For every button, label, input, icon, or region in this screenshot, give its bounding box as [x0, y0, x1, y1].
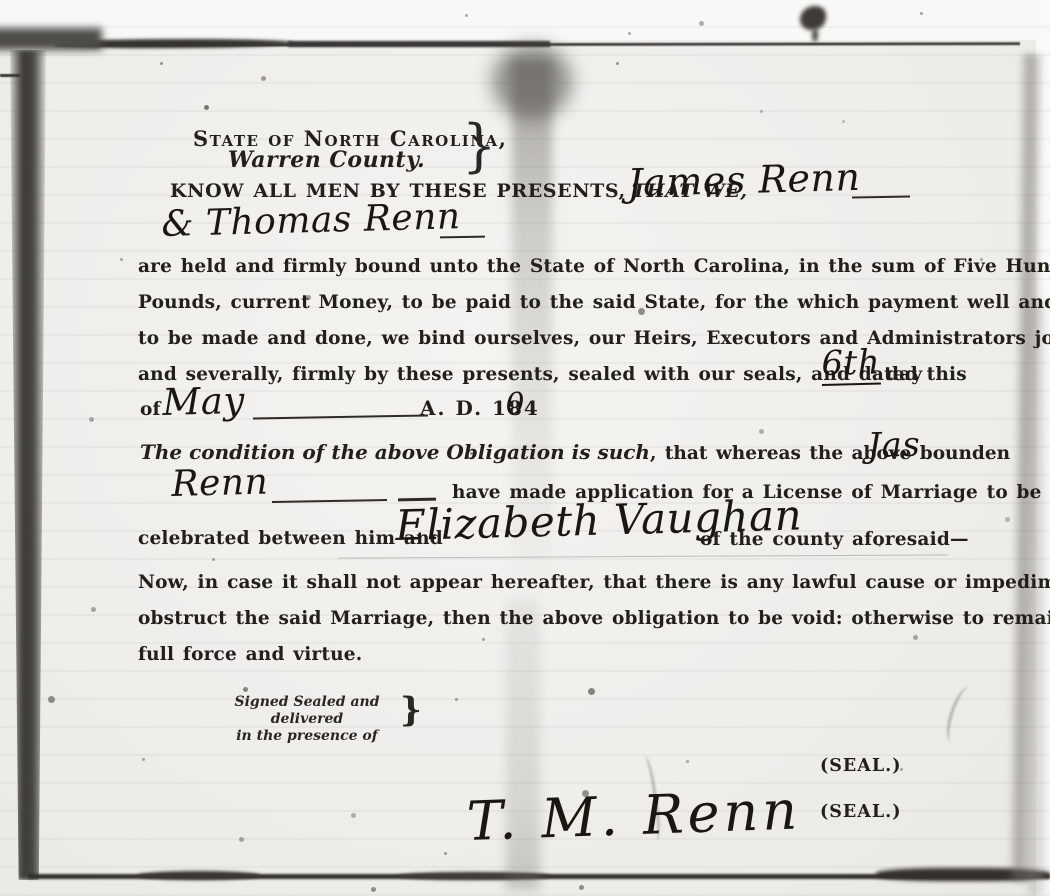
pen-smudge-right: [942, 684, 980, 746]
handwritten-groom-first: Jas: [867, 425, 921, 466]
binding-shadow-band: [10, 50, 46, 880]
faint-pen-rule: [338, 554, 948, 558]
pen-flourish-groom: [272, 499, 387, 503]
handwritten-signature: T. M. Renn: [466, 778, 802, 853]
proviso-line-2: obstruct the said Marriage, then the abo…: [138, 608, 1050, 630]
scan-top-margin: [0, 0, 1050, 40]
header-brace: }: [462, 112, 496, 178]
scan-speckles: [0, 0, 3, 3]
ink-blot-top-tail: [812, 28, 818, 42]
page-top-edge-mid: [288, 41, 550, 47]
bond-body-line-2: Pounds, current Money, to be paid to the…: [138, 292, 1050, 314]
proviso-line-3: full force and virtue.: [138, 644, 362, 666]
left-edge-tick: [0, 74, 20, 77]
seal-label-1: (SEAL.): [820, 756, 902, 776]
handwritten-month: May: [162, 379, 245, 424]
handwritten-day: 6th: [821, 342, 881, 386]
attestation-brace: }: [400, 690, 422, 730]
page-top-left-smudge: [0, 28, 102, 50]
handwritten-year-digit: 0: [505, 386, 526, 422]
bond-body-line-1: are held and firmly bound unto the State…: [138, 256, 1050, 278]
attestation-line-1: Signed Sealed and delivered: [202, 694, 412, 728]
seal-label-2: (SEAL.): [820, 802, 902, 822]
page-right-edge-shadow-2: [1028, 300, 1044, 896]
county-heading: Warren County.: [228, 147, 425, 173]
bottom-edge-blot-1: [138, 871, 260, 880]
proviso-line-1: Now, in case it shall not appear hereaft…: [138, 572, 1050, 594]
bond-body-line-3: to be made and done, we bind ourselves, …: [138, 328, 1050, 350]
pen-flourish-cosigner: [440, 236, 485, 239]
attestation-line-2: in the presence of: [202, 728, 412, 745]
pen-flourish-month: [253, 414, 428, 419]
scanned-marriage-bond-page: State of North Carolina, Warren County. …: [0, 0, 1050, 896]
handwritten-cosigner-name: & Thomas Renn: [161, 196, 461, 245]
condition-italic-text: The condition of the above Obligation is…: [140, 440, 650, 464]
handwritten-groom-last: Renn: [171, 461, 269, 505]
attestation-block: Signed Sealed and delivered in the prese…: [202, 694, 412, 744]
pen-flourish-principal: [852, 195, 910, 198]
condition-rest-text: , that whereas the above bounden: [650, 443, 1010, 464]
of-word: of: [140, 399, 161, 421]
handwritten-principal-name: James Renn: [627, 155, 861, 205]
county-aforesaid-line: of the county aforesaid—: [700, 529, 969, 551]
day-word: day: [886, 364, 922, 386]
